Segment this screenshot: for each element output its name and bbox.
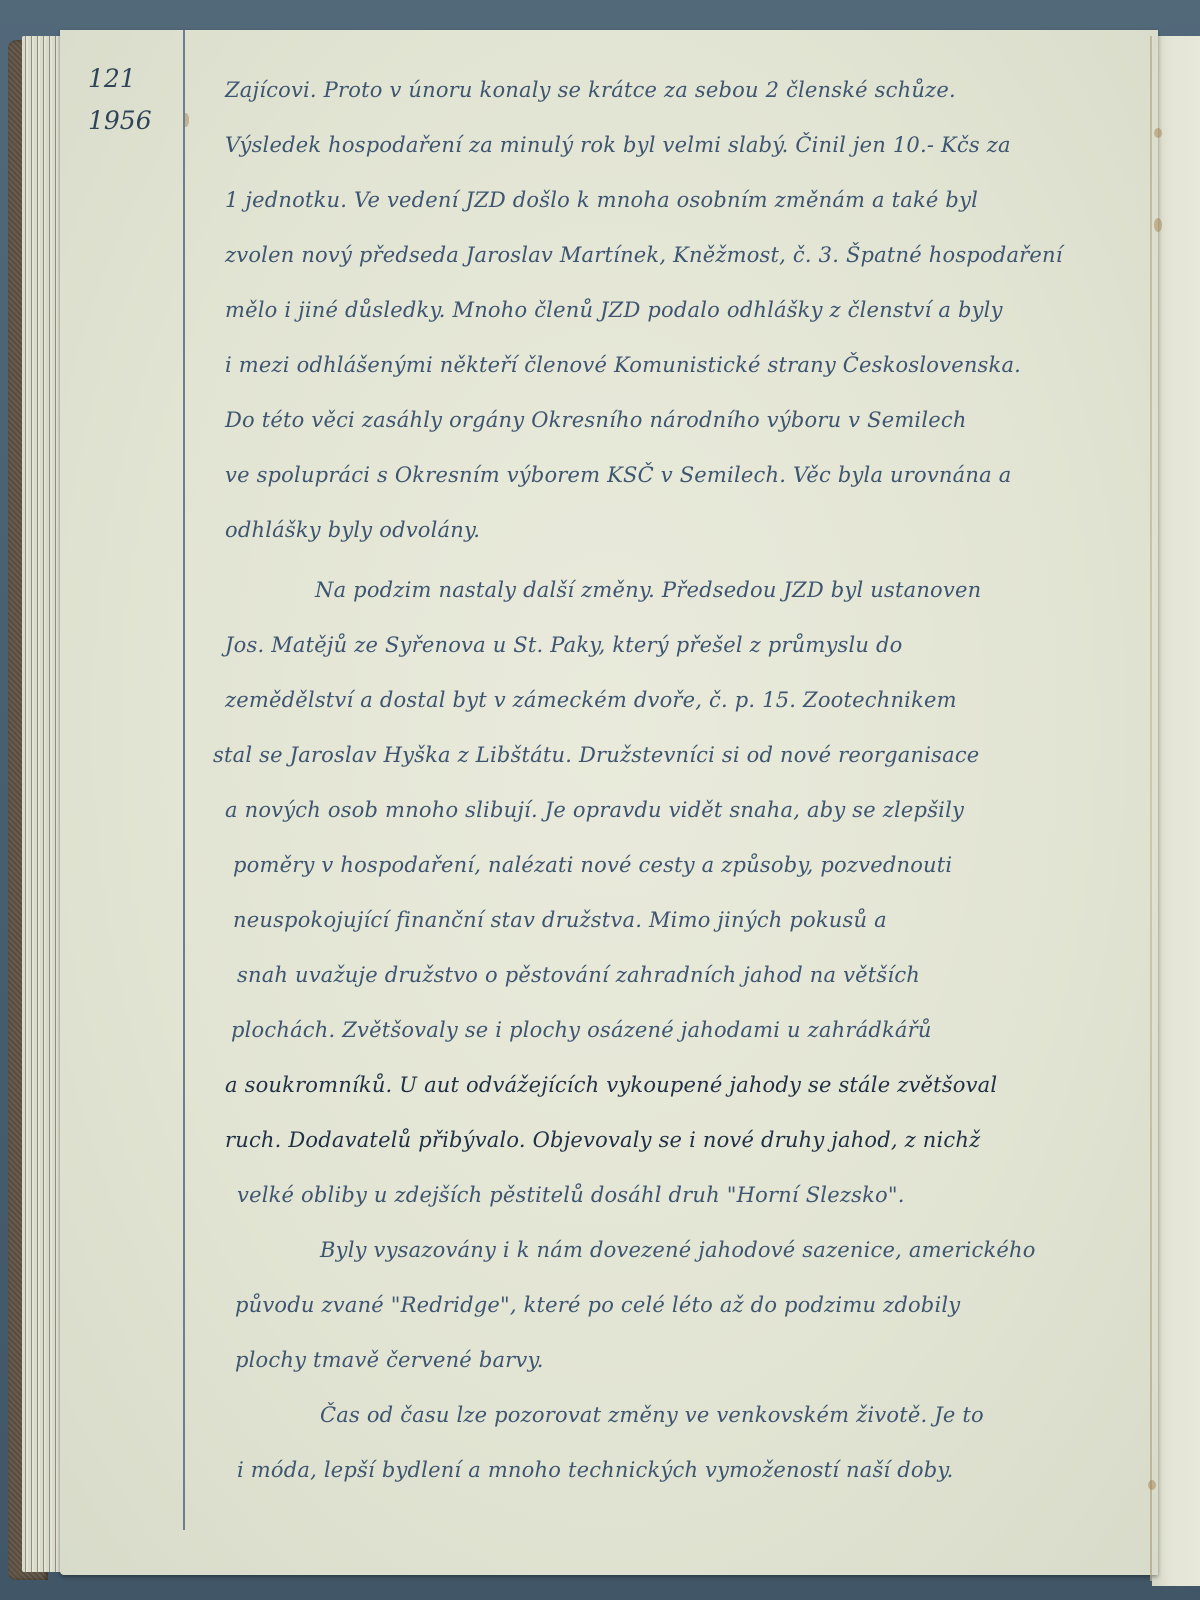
text-line: poměry v hospodaření, nalézati nové cest… xyxy=(233,853,952,877)
text-line: odhlášky byly odvolány. xyxy=(225,518,480,542)
text-line: mělo i jiné důsledky. Mnoho členů JZD po… xyxy=(225,298,1003,322)
text-line: i mezi odhlášenými někteří členové Komun… xyxy=(225,353,1021,377)
text-line: plochy tmavě červené barvy. xyxy=(235,1348,544,1372)
book-gutter xyxy=(1150,36,1152,1581)
paper-stain xyxy=(1148,1480,1156,1490)
margin-notes: 121 1956 xyxy=(88,58,168,142)
year-label: 1956 xyxy=(88,100,168,142)
text-line: původu zvané "Redridge", které po celé l… xyxy=(235,1293,960,1317)
stacked-page-edges xyxy=(22,36,64,1572)
margin-rule-line xyxy=(183,30,185,1530)
facing-page-edge xyxy=(1152,36,1200,1586)
text-line: i móda, lepší bydlení a mnoho technickýc… xyxy=(237,1458,954,1482)
text-line: a soukromníků. U aut odvážejících vykoup… xyxy=(225,1073,997,1097)
text-line: Zajícovi. Proto v únoru konaly se krátce… xyxy=(225,78,956,102)
text-line: plochách. Zvětšovaly se i plochy osázené… xyxy=(231,1018,932,1042)
text-line: Do této věci zasáhly orgány Okresního ná… xyxy=(225,408,967,432)
paragraph-start-line: Čas od času lze pozorovat změny ve venko… xyxy=(320,1403,984,1427)
text-line: snah uvažuje družstvo o pěstování zahrad… xyxy=(237,963,920,987)
text-line: Výsledek hospodaření za minulý rok byl v… xyxy=(225,133,1011,157)
scanned-book-scene: 121 1956 Zajícovi. Proto v únoru konaly … xyxy=(0,0,1200,1600)
text-line: neuspokojující finanční stav družstva. M… xyxy=(233,908,887,932)
text-line: 1 jednotku. Ve vedení JZD došlo k mnoha … xyxy=(225,188,978,212)
text-line: Jos. Matějů ze Syřenova u St. Paky, kter… xyxy=(225,633,903,657)
text-line: ve spolupráci s Okresním výborem KSČ v S… xyxy=(225,463,1011,487)
page-number: 121 xyxy=(88,58,168,100)
paragraph-start-line: Na podzim nastaly další změny. Předsedou… xyxy=(315,578,981,602)
text-line: stal se Jaroslav Hyška z Libštátu. Družs… xyxy=(213,743,979,767)
paper-stain xyxy=(1154,218,1162,232)
text-line: velké obliby u zdejších pěstitelů dosáhl… xyxy=(237,1183,905,1207)
text-line: zemědělství a dostal byt v zámeckém dvoř… xyxy=(225,688,957,712)
text-line: zvolen nový předseda Jaroslav Martínek, … xyxy=(225,243,1063,267)
text-line: a nových osob mnoho slibují. Je opravdu … xyxy=(225,798,964,822)
text-line: ruch. Dodavatelů přibývalo. Objevovaly s… xyxy=(225,1128,980,1152)
paragraph-start-line: Byly vysazovány i k nám dovezené jahodov… xyxy=(320,1238,1036,1262)
paper-stain xyxy=(1154,128,1162,138)
